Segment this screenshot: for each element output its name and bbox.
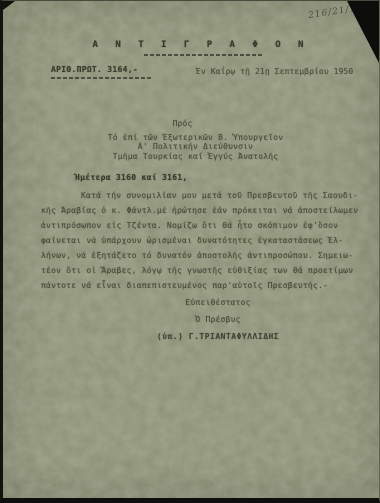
recipient-to-label: Πρός xyxy=(88,119,277,129)
body-line: κῆς Ἀραβίας ὁ κ. Φάντλ.μέ ἠρώτησε ἐάν πρ… xyxy=(41,203,363,218)
body-line: Κατά τήν συνομιλίαν μου μετά τοῦ Πρεσβευ… xyxy=(41,188,363,203)
document-title-antigrafon: Α Ν Τ Ι Γ Ρ Α Φ Ο Ν xyxy=(3,40,380,50)
closing-salutation: Εὐπειθέστατος xyxy=(103,294,333,311)
signer-title: Ὁ Πρέσβυς xyxy=(103,311,333,328)
protocol-number-underline xyxy=(51,77,151,79)
scan-edge-top-left xyxy=(3,1,15,10)
our-reference-line: Ἡμέτερα 3160 καί 3161, xyxy=(75,173,188,182)
title-underline xyxy=(144,54,262,56)
body-line: φαίνεται νά ὑπάρχουν ὡρισμέναι δυνατότητ… xyxy=(41,233,363,248)
body-line: λήνων, νά ἐξητάζετο τό δυνατόν ἀποστολῆς… xyxy=(41,248,363,263)
body-line: τέον ὅτι οἱ Ἄραβες, λόγῳ τῆς γνωστῆς εὐθ… xyxy=(41,263,363,278)
recipient-line-department: Τμῆμα Τουρκίας καί Ἐγγύς Ἀνατολῆς xyxy=(88,152,303,162)
protocol-number: ΑΡΙΘ.ΠΡΩΤ. 3164,- xyxy=(51,65,138,74)
letter-body: Κατά τήν συνομιλίαν μου μετά τοῦ Πρεσβευ… xyxy=(41,188,363,293)
recipient-block: Πρός Τό ἐπί τῶν Ἐξωτερικῶν Β. Ὑπουργεῖον… xyxy=(88,119,303,161)
body-line: ἀντιπρόσωπον εἰς Τζέντα. Νομίζω ὅτι θά ἦ… xyxy=(41,218,363,233)
closing-block: Εὐπειθέστατος Ὁ Πρέσβυς (ὑπ.) Γ.ΤΡΙΑΝΤΑΦ… xyxy=(103,294,333,345)
scanned-document-page: 216/21/13 Α Ν Τ Ι Γ Ρ Α Φ Ο Ν ΑΡΙΘ.ΠΡΩΤ.… xyxy=(0,0,380,503)
dateline-cairo: Ἐν Καΐρῳ τῇ 21ῃ Σεπτεμβρίου 1950 xyxy=(196,67,353,76)
recipient-line-ministry: Τό ἐπί τῶν Ἐξωτερικῶν Β. Ὑπουργεῖον xyxy=(88,133,303,143)
body-line: πάντοτε νά εἶναι διαπεπιστευμένος παρ'αὐ… xyxy=(41,278,363,293)
signature-name: (ὑπ.) Γ.ΤΡΙΑΝΤΑΦΥΛΛΙΔΗΣ xyxy=(103,328,333,345)
recipient-line-directorate: Α' Πολιτικήν Διεύθυνσιν xyxy=(88,142,303,152)
